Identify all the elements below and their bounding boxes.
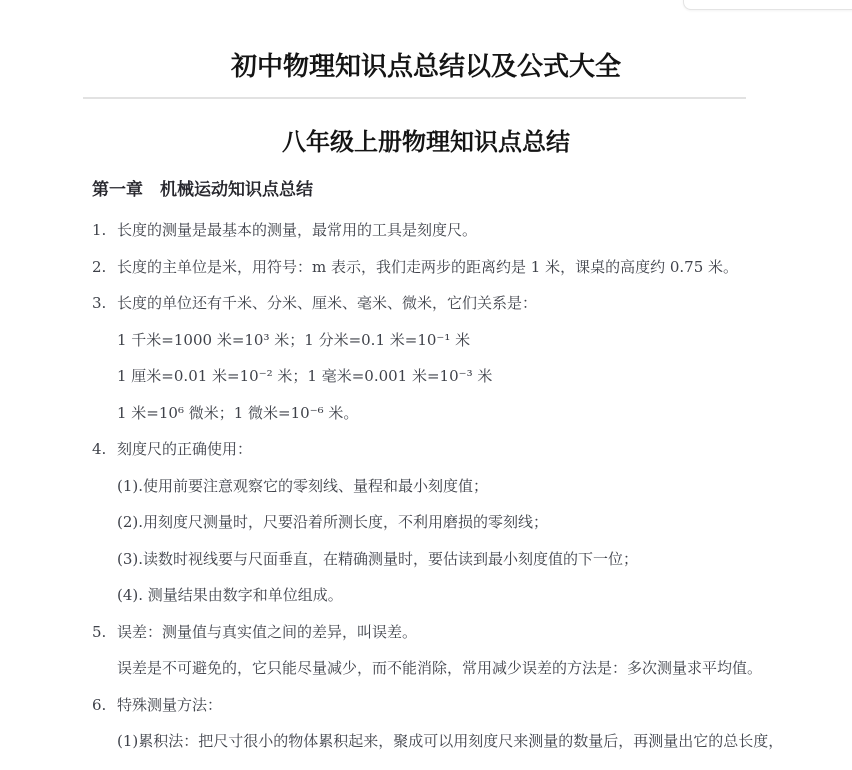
list-item: 1. 长度的测量是最基本的测量，最常用的工具是刻度尺。 — [92, 220, 822, 241]
continuation-line: 误差是不可避免的，它只能尽量减少，而不能消除，常用减少误差的方法是：多次测量求平… — [117, 658, 822, 679]
item-number: 1. — [92, 220, 117, 241]
item-number: 2. — [92, 257, 117, 278]
sub-item: (2).用刻度尺测量时，尺要沿着所测长度，不利用磨损的零刻线； — [117, 512, 822, 533]
item-number: 5. — [92, 622, 117, 643]
list-item: 6. 特殊测量方法： — [92, 695, 822, 716]
chapter-heading: 第一章 机械运动知识点总结 — [92, 179, 852, 202]
formula-text: 1 千米=1000 米=10³ 米；1 分米=0.1 米=10⁻¹ 米 — [117, 330, 822, 351]
item-text: 长度的测量是最基本的测量，最常用的工具是刻度尺。 — [117, 220, 822, 241]
item-text: 刻度尺的正确使用： — [117, 439, 822, 460]
document-page: { "doc": { "main_title": "初中物理知识点总结以及公式大… — [0, 0, 852, 770]
sub-item-text: (2).用刻度尺测量时，尺要沿着所测长度，不利用磨损的零刻线； — [117, 512, 822, 533]
item-text: 长度的主单位是米，用符号：m 表示，我们走两步的距离约是 1 米，课桌的高度约 … — [117, 257, 822, 278]
sub-item-text: (3).读数时视线要与尺面垂直，在精确测量时，要估读到最小刻度值的下一位； — [117, 549, 822, 570]
list-item: 2. 长度的主单位是米，用符号：m 表示，我们走两步的距离约是 1 米，课桌的高… — [92, 257, 822, 278]
section-title: 八年级上册物理知识点总结 — [60, 126, 792, 158]
floating-panel-fragment — [683, 0, 852, 10]
list-item: 3. 长度的单位还有千米、分米、厘米、毫米、微米，它们关系是： — [92, 293, 822, 314]
formula-line: 1 千米=1000 米=10³ 米；1 分米=0.1 米=10⁻¹ 米 — [117, 330, 822, 351]
formula-text: 1 厘米=0.01 米=10⁻² 米；1 毫米=0.001 米=10⁻³ 米 — [117, 366, 822, 387]
sub-item-text: (1).使用前要注意观察它的零刻线、量程和最小刻度值； — [117, 476, 822, 497]
item-text: 误差：测量值与真实值之间的差异，叫误差。 — [117, 622, 822, 643]
main-title: 初中物理知识点总结以及公式大全 — [60, 50, 792, 84]
title-divider — [83, 97, 746, 99]
item-number: 3. — [92, 293, 117, 314]
item-number: 6. — [92, 695, 117, 716]
sub-item: (4). 测量结果由数字和单位组成。 — [117, 585, 822, 606]
sub-item-text: (4). 测量结果由数字和单位组成。 — [117, 585, 822, 606]
sub-item: (1).使用前要注意观察它的零刻线、量程和最小刻度值； — [117, 476, 822, 497]
continuation-text: 误差是不可避免的，它只能尽量减少，而不能消除，常用减少误差的方法是：多次测量求平… — [117, 658, 822, 679]
item-text: 特殊测量方法： — [117, 695, 822, 716]
list-item: 5. 误差：测量值与真实值之间的差异，叫误差。 — [92, 622, 822, 643]
document-content: 初中物理知识点总结以及公式大全 八年级上册物理知识点总结 第一章 机械运动知识点… — [0, 50, 852, 752]
sub-item: (3).读数时视线要与尺面垂直，在精确测量时，要估读到最小刻度值的下一位； — [117, 549, 822, 570]
formula-line: 1 米=10⁶ 微米；1 微米=10⁻⁶ 米。 — [117, 403, 822, 424]
formula-line: 1 厘米=0.01 米=10⁻² 米；1 毫米=0.001 米=10⁻³ 米 — [117, 366, 822, 387]
sub-item: (1)累积法：把尺寸很小的物体累积起来，聚成可以用刻度尺来测量的数量后，再测量出… — [117, 731, 822, 752]
formula-text: 1 米=10⁶ 微米；1 微米=10⁻⁶ 米。 — [117, 403, 822, 424]
item-text: 长度的单位还有千米、分米、厘米、毫米、微米，它们关系是： — [117, 293, 822, 314]
list-item: 4. 刻度尺的正确使用： — [92, 439, 822, 460]
sub-item-text: (1)累积法：把尺寸很小的物体累积起来，聚成可以用刻度尺来测量的数量后，再测量出… — [117, 731, 822, 752]
item-number: 4. — [92, 439, 117, 460]
